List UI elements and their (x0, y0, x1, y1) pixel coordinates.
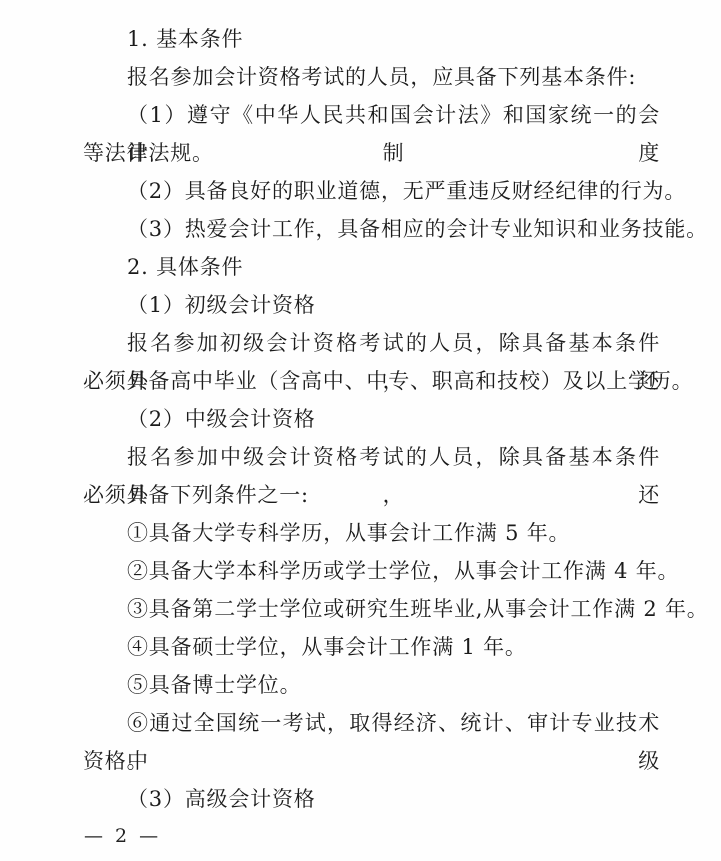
text-line: 报名参加中级会计资格考试的人员，除具备基本条件外，还 (83, 438, 660, 476)
page-number: — 2 — (84, 825, 161, 847)
text-line: ②具备大学本科学历或学士学位，从事会计工作满 4 年。 (83, 552, 660, 590)
text-line: （2）中级会计资格 (83, 400, 660, 438)
text-line: （3）高级会计资格 (83, 780, 660, 818)
document-body-text: 1. 基本条件报名参加会计资格考试的人员，应具备下列基本条件:（1）遵守《中华人… (83, 20, 660, 818)
text-line: ③具备第二学士学位或研究生班毕业,从事会计工作满 2 年。 (83, 590, 660, 628)
document-page: 1. 基本条件报名参加会计资格考试的人员，应具备下列基本条件:（1）遵守《中华人… (0, 0, 721, 861)
text-line: 报名参加会计资格考试的人员，应具备下列基本条件: (83, 58, 660, 96)
text-line: ⑤具备博士学位。 (83, 666, 660, 704)
text-line: （2）具备良好的职业道德，无严重违反财经纪律的行为。 (83, 172, 660, 210)
text-line: （3）热爱会计工作，具备相应的会计专业知识和业务技能。 (83, 210, 660, 248)
text-line: （1）遵守《中华人民共和国会计法》和国家统一的会计制度 (83, 96, 660, 134)
text-line: ④具备硕士学位，从事会计工作满 1 年。 (83, 628, 660, 666)
text-line: 报名参加初级会计资格考试的人员，除具备基本条件外，还 (83, 324, 660, 362)
text-line: （1）初级会计资格 (83, 286, 660, 324)
text-line: 必须具备高中毕业（含高中、中专、职高和技校）及以上学历。 (83, 362, 660, 400)
text-line: 2. 具体条件 (83, 248, 660, 286)
text-line: ⑥通过全国统一考试，取得经济、统计、审计专业技术中级 (83, 704, 660, 742)
text-line: ①具备大学专科学历，从事会计工作满 5 年。 (83, 514, 660, 552)
text-line: 1. 基本条件 (83, 20, 660, 58)
